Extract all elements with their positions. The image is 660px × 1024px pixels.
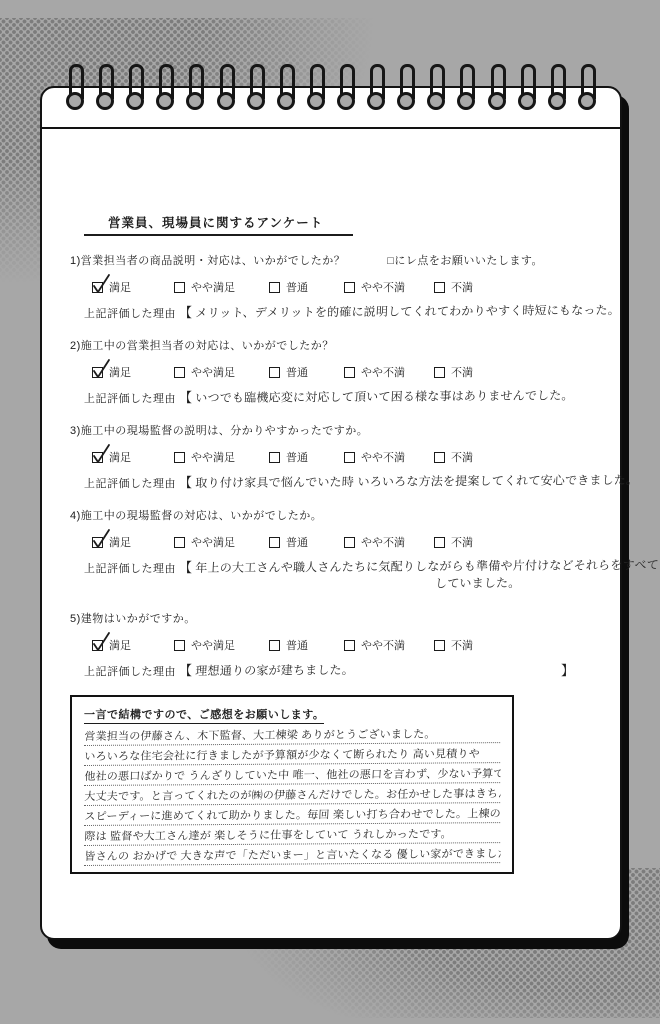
survey-option: 不満 (434, 449, 496, 465)
checkbox-icon (434, 452, 445, 463)
survey-option: 普通 (269, 279, 344, 295)
reason-open-bracket: 【 (179, 472, 192, 491)
reason-open-bracket: 【 (179, 302, 192, 321)
spiral-ring-icon (548, 64, 566, 116)
spiral-ring-icon (457, 64, 475, 116)
question-block: 1)営業担当者の商品説明・対応は、いかがでしたか？ □にレ点をお願いいたします。… (70, 252, 596, 321)
checkbox-icon (269, 537, 280, 548)
checkbox-icon (92, 282, 103, 293)
options-row: 満足 やや満足 普通 やや不満 不満 (70, 534, 596, 550)
survey-option: やや満足 (174, 364, 269, 380)
notebook-page: 営業員、現場員に関するアンケート 1)営業担当者の商品説明・対応は、いかがでした… (40, 86, 622, 940)
checkmark-icon (91, 631, 111, 653)
comment-box-header: 一言で結構ですので、ご感想をお願いします。 (84, 706, 324, 724)
checkbox-icon (174, 640, 185, 651)
option-label: やや満足 (191, 534, 235, 550)
scanned-survey-document: 営業員、現場員に関するアンケート 1)営業担当者の商品説明・対応は、いかがでした… (0, 0, 660, 1024)
survey-option: 普通 (269, 637, 344, 653)
survey-option: やや不満 (344, 449, 434, 465)
comment-line: 皆さんの おかげで 大きな声で「ただいまー」と言いたくなる 優しい家ができました… (84, 843, 501, 866)
options-row: 満足 やや満足 普通 やや不満 不満 (70, 364, 596, 380)
reason-open-bracket: 【 (179, 557, 192, 576)
checkmark-icon (91, 358, 111, 380)
spiral-ring-icon (96, 64, 114, 116)
checkbox-icon (92, 640, 103, 651)
survey-option: 普通 (269, 449, 344, 465)
comment-box: 一言で結構ですので、ご感想をお願いします。 営業担当の伊藤さん、木下監督、大工棟… (70, 695, 514, 874)
survey-option: 満足 (92, 364, 174, 380)
spiral-binding (66, 64, 596, 116)
spiral-ring-icon (126, 64, 144, 116)
question-text: 5)建物はいかがですか。 (70, 610, 196, 626)
option-label: やや満足 (191, 637, 235, 653)
option-label: 普通 (286, 534, 308, 550)
survey-option: 不満 (434, 637, 496, 653)
spiral-ring-icon (337, 64, 355, 116)
survey-option: 不満 (434, 364, 496, 380)
option-label: 不満 (451, 279, 473, 295)
checkbox-icon (269, 452, 280, 463)
checkbox-icon (92, 367, 103, 378)
option-label: 普通 (286, 637, 308, 653)
checkbox-icon (344, 367, 355, 378)
checkbox-icon (344, 537, 355, 548)
question-block: 3)施工中の現場監督の説明は、分かりやすかったですか。 満足 やや満足 普通 や… (70, 422, 596, 491)
checkmark-icon (91, 273, 111, 295)
reason-text: 取り付け家具で悩んでいた時 いろいろな方法を提案してくれて安心できました。 (195, 471, 639, 491)
reason-label: 上記評価した理由 (84, 475, 176, 491)
option-label: 不満 (451, 637, 473, 653)
survey-title: 営業員、現場員に関するアンケート (84, 213, 353, 236)
survey-form: 営業員、現場員に関するアンケート 1)営業担当者の商品説明・対応は、いかがでした… (70, 129, 596, 938)
spiral-ring-icon (66, 64, 84, 116)
checkbox-icon (269, 640, 280, 651)
survey-option: やや満足 (174, 279, 269, 295)
checkmark-icon (91, 528, 111, 550)
option-label: 満足 (109, 364, 131, 380)
spiral-ring-icon (156, 64, 174, 116)
spiral-ring-icon (217, 64, 235, 116)
reason-open-bracket: 【 (179, 387, 192, 406)
reason-continuation: していました。 (70, 573, 597, 594)
question-text: 4)施工中の現場監督の対応は、いかがでしたか。 (70, 507, 322, 523)
spiral-ring-icon (427, 64, 445, 116)
questions: 1)営業担当者の商品説明・対応は、いかがでしたか？ □にレ点をお願いいたします。… (70, 252, 596, 679)
spiral-ring-icon (247, 64, 265, 116)
option-label: 満足 (109, 279, 131, 295)
reason-text: 理想通りの家が建ちました。 (195, 661, 354, 679)
question-block: 4)施工中の現場監督の対応は、いかがでしたか。 満足 やや満足 普通 やや不満 (70, 507, 596, 594)
checkbox-icon (174, 537, 185, 548)
comment-lines: 営業担当の伊藤さん、木下監督、大工棟梁 ありがとうございました。いろいろな住宅会… (84, 726, 500, 866)
checkbox-icon (92, 452, 103, 463)
checkbox-icon (174, 367, 185, 378)
option-label: 普通 (286, 364, 308, 380)
survey-option: やや不満 (344, 637, 434, 653)
survey-option: やや満足 (174, 637, 269, 653)
option-label: 不満 (451, 449, 473, 465)
survey-option: 満足 (92, 449, 174, 465)
checkbox-icon (434, 282, 445, 293)
checkbox-icon (434, 537, 445, 548)
survey-option: 満足 (92, 637, 174, 653)
spiral-ring-icon (367, 64, 385, 116)
reason-text: いつでも臨機応変に対応して頂いて困る様な事はありませんでした。 (195, 386, 574, 406)
option-label: やや不満 (361, 637, 405, 653)
options-row: 満足 やや満足 普通 やや不満 不満 (70, 449, 596, 465)
spiral-ring-icon (578, 64, 596, 116)
reason-label: 上記評価した理由 (84, 663, 176, 679)
option-label: 普通 (286, 279, 308, 295)
spiral-ring-icon (307, 64, 325, 116)
options-row: 満足 やや満足 普通 やや不満 不満 (70, 279, 596, 295)
checkbox-icon (269, 367, 280, 378)
spiral-ring-icon (518, 64, 536, 116)
option-label: 満足 (109, 534, 131, 550)
question-text: 2)施工中の営業担当者の対応は、いかがでしたか？ (70, 337, 334, 353)
checkbox-icon (344, 452, 355, 463)
question-block: 2)施工中の営業担当者の対応は、いかがでしたか？ 満足 やや満足 普通 やや不満 (70, 337, 596, 406)
checkbox-icon (344, 282, 355, 293)
reason-close-bracket: 】 (561, 660, 574, 679)
survey-option: やや不満 (344, 534, 434, 550)
survey-option: 普通 (269, 364, 344, 380)
survey-option: 普通 (269, 534, 344, 550)
survey-option: 不満 (434, 279, 496, 295)
option-label: やや満足 (191, 449, 235, 465)
option-label: やや満足 (191, 364, 235, 380)
checkmark-icon (91, 443, 111, 465)
survey-option: やや不満 (344, 364, 434, 380)
option-label: やや満足 (191, 279, 235, 295)
option-label: 満足 (109, 449, 131, 465)
question-block: 5)建物はいかがですか。 満足 やや満足 普通 やや不満 不 (70, 610, 596, 679)
option-label: やや不満 (361, 534, 405, 550)
survey-option: 満足 (92, 534, 174, 550)
reason-open-bracket: 【 (179, 660, 192, 679)
checkbox-instruction: □にレ点をお願いいたします。 (387, 252, 543, 268)
spiral-ring-icon (277, 64, 295, 116)
option-label: やや不満 (361, 279, 405, 295)
survey-option: 不満 (434, 534, 496, 550)
option-label: やや不満 (361, 449, 405, 465)
option-label: 普通 (286, 449, 308, 465)
checkbox-icon (174, 452, 185, 463)
survey-option: やや不満 (344, 279, 434, 295)
checkbox-icon (344, 640, 355, 651)
reason-label: 上記評価した理由 (84, 560, 176, 576)
checkbox-icon (434, 367, 445, 378)
spiral-ring-icon (186, 64, 204, 116)
question-text: 3)施工中の現場監督の説明は、分かりやすかったですか。 (70, 422, 368, 438)
survey-option: やや満足 (174, 534, 269, 550)
checkbox-icon (174, 282, 185, 293)
reason-label: 上記評価した理由 (84, 390, 176, 406)
option-label: やや不満 (361, 364, 405, 380)
option-label: 不満 (451, 534, 473, 550)
question-text: 1)営業担当者の商品説明・対応は、いかがでしたか？ (70, 252, 345, 268)
reason-text: メリット、デメリットを的確に説明してくれてわかりやすく時短にもなった。 (195, 301, 620, 321)
checkbox-icon (434, 640, 445, 651)
survey-option: 満足 (92, 279, 174, 295)
option-label: 満足 (109, 637, 131, 653)
option-label: 不満 (451, 364, 473, 380)
reason-label: 上記評価した理由 (84, 305, 176, 321)
checkbox-icon (92, 537, 103, 548)
survey-option: やや満足 (174, 449, 269, 465)
spiral-ring-icon (488, 64, 506, 116)
checkbox-icon (269, 282, 280, 293)
spiral-ring-icon (397, 64, 415, 116)
options-row: 満足 やや満足 普通 やや不満 不満 (70, 637, 596, 653)
